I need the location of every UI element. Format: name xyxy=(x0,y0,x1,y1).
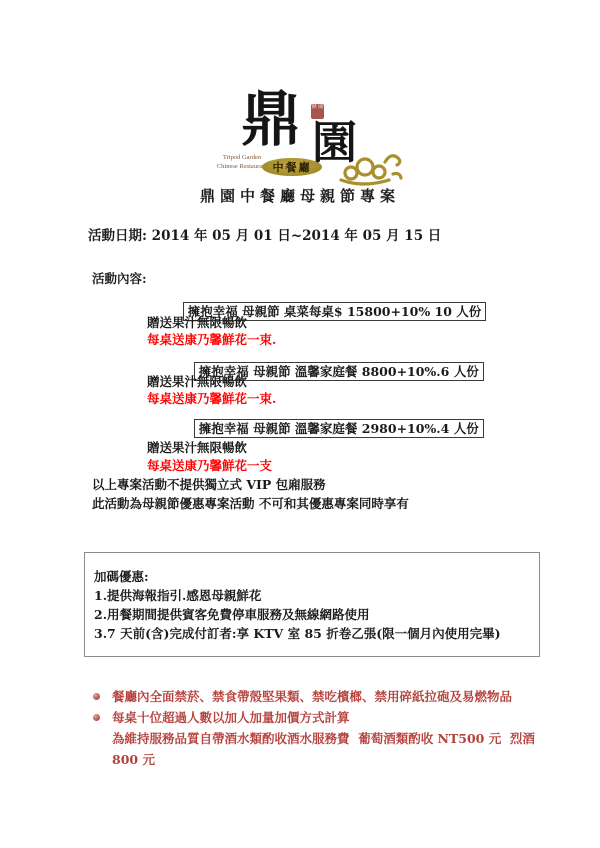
logo-char-ding: 鼎 xyxy=(241,90,301,150)
content-note-exclusive: 此活動為母親節優惠專案活動 不可和其優惠專案同時享有 xyxy=(92,496,409,511)
package-gift-3: 贈送果汁無限暢飲 xyxy=(147,440,247,455)
footnote-rules: 餐廳內全面禁菸、禁食帶殼堅果類、禁吃檳榔、禁用碎紙拉砲及易燃物品 xyxy=(112,689,512,704)
bullet-icon xyxy=(93,693,100,700)
package-flower-3: 每桌送康乃馨鮮花一支 xyxy=(147,458,272,473)
package-gift-2: 贈送果汁無限暢飲 xyxy=(147,374,247,389)
gold-cloud-icon xyxy=(333,144,405,186)
package-box-3: 擁抱幸福 母親節 溫馨家庭餐 2980+10%.4 人份 xyxy=(185,406,484,436)
footnote-corkage-2: 800 元 xyxy=(112,752,155,767)
bonus-item-1: 1.提供海報指引.感恩母親鮮花 xyxy=(94,588,261,603)
logo-english-line2: Chinese Restaurant xyxy=(215,163,269,172)
package-flower-2: 每桌送康乃馨鮮花一束. xyxy=(147,391,276,406)
content-heading: 活動內容: xyxy=(92,271,147,286)
package-gift-1: 贈送果汁無限暢飲 xyxy=(147,315,247,330)
package-flower-1: 每桌送康乃馨鮮花一束. xyxy=(147,332,276,347)
bonus-offer-box: 加碼優惠: 1.提供海報指引.感恩母親鮮花 2.用餐期間提供賓客免費停車服務及無… xyxy=(84,552,540,657)
bonus-heading: 加碼優惠: xyxy=(94,569,149,584)
event-date-line: 活動日期: 2014 年 05 月 01 日~2014 年 05 月 15 日 xyxy=(88,228,441,244)
logo-badge-chinese-restaurant: 中餐廳 xyxy=(262,158,322,176)
page-title: 鼎園中餐廳母親節專案 xyxy=(0,185,600,206)
content-note-vip: 以上專案活動不提供獨立式 VIP 包廂服務 xyxy=(92,477,326,492)
package-box-3-text: 擁抱幸福 母親節 溫馨家庭餐 2980+10%.4 人份 xyxy=(194,419,484,438)
bonus-item-2: 2.用餐期間提供賓客免費停車服務及無線網路使用 xyxy=(94,607,370,622)
bonus-item-3: 3.7 天前(含)完成付訂者:享 KTV 室 85 折卷乙張(限一個月內使用完畢… xyxy=(94,626,501,641)
logo-english-line1: Tripod Garden xyxy=(215,154,269,163)
footnote-corkage-1: 為維持服務品質自帶酒水類酌收酒水服務費 葡萄酒類酌收 NT500 元 烈酒 xyxy=(112,731,535,746)
flyer-page: { "logo": { "char_main": "鼎", "char_seco… xyxy=(0,0,600,848)
restaurant-logo: 鼎 鼎 園 園 Tripod Garden Chinese Restaurant… xyxy=(215,94,410,188)
footnote-extra-person: 每桌十位超過人數以加人加量加價方式計算 xyxy=(112,710,350,725)
logo-english-name: Tripod Garden Chinese Restaurant xyxy=(215,154,269,172)
bullet-icon xyxy=(93,714,100,721)
